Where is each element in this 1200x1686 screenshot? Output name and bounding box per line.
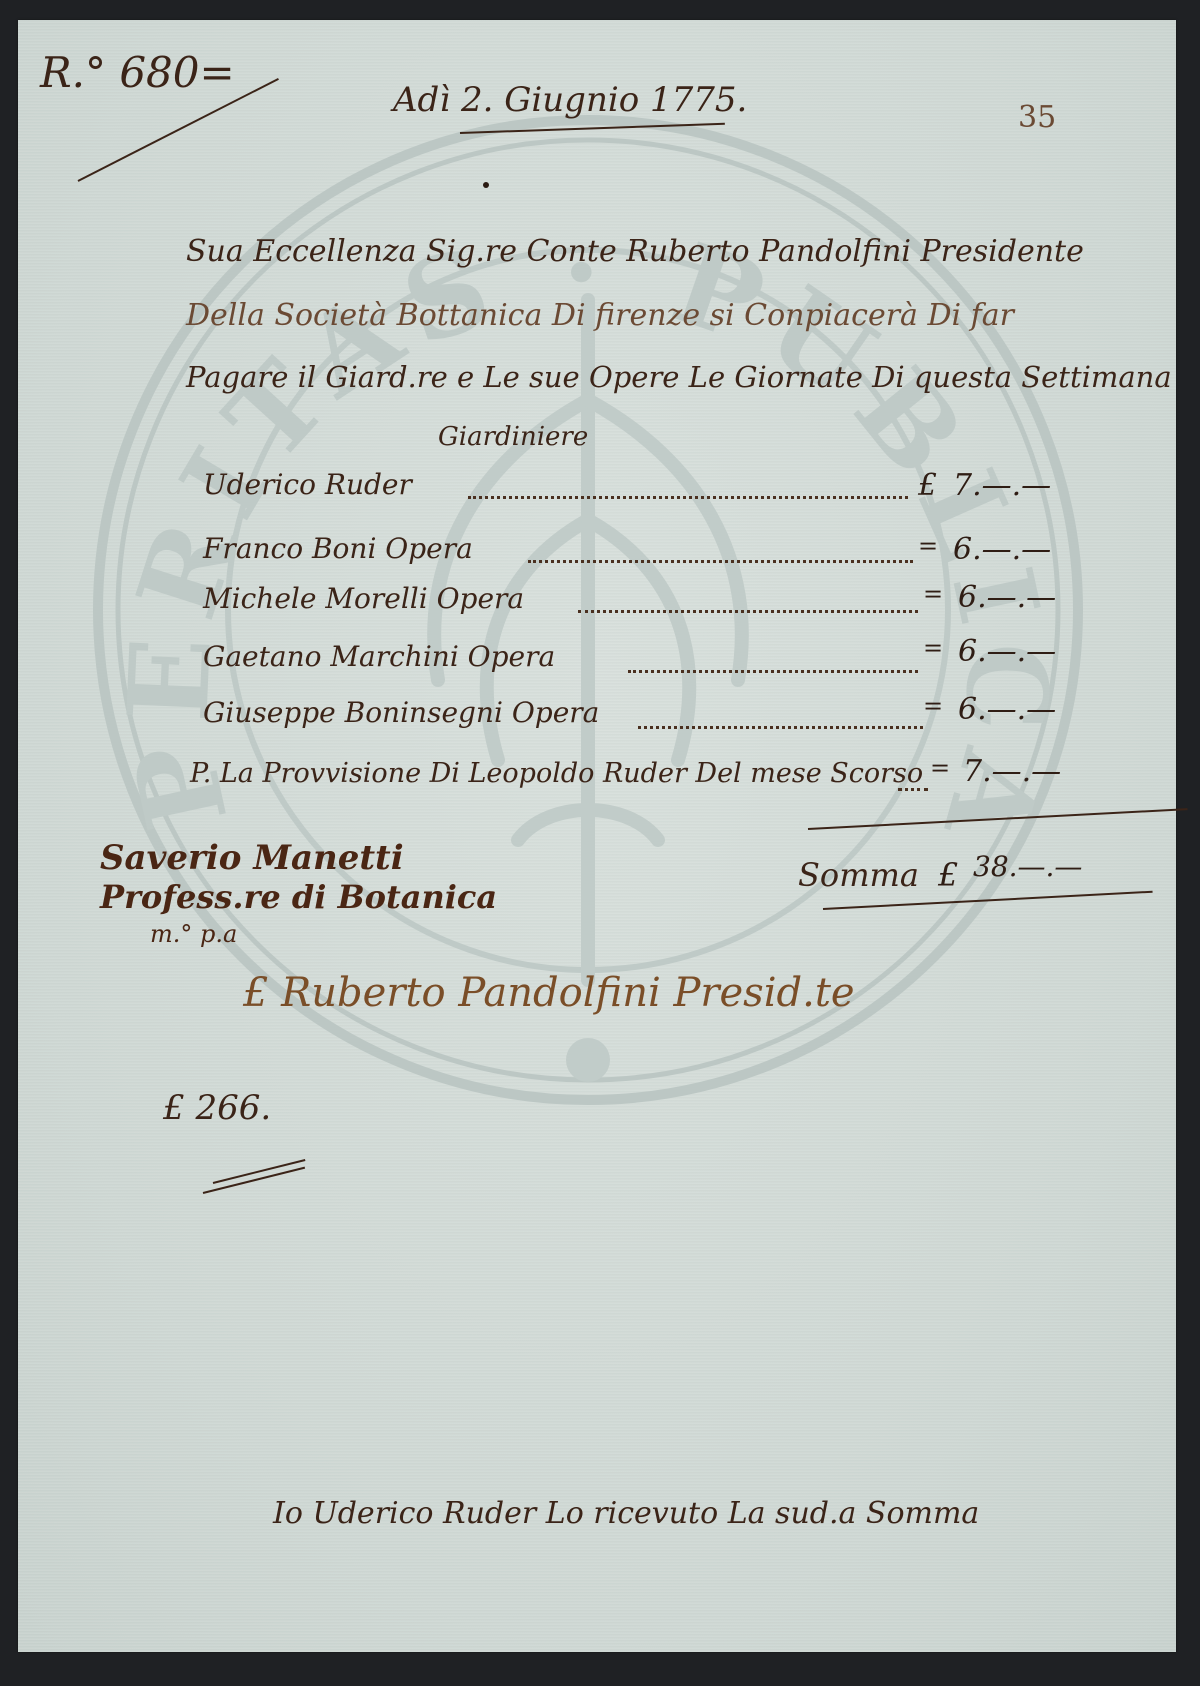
ink-dot (483, 182, 489, 188)
entry-amount: 7.—.— (953, 468, 1051, 503)
signature-pandolfini: £ Ruberto Pandolfini Presid.te (243, 970, 855, 1016)
entry-amount: 6.—.— (953, 532, 1051, 567)
entry-name: Uderico Ruder (203, 468, 412, 501)
entry-currency: = (930, 754, 950, 782)
receipt-line: Io Uderico Ruder Lo ricevuto La sud.a So… (273, 1496, 979, 1531)
entry-name: P. La Provvisione Di Leopoldo Ruder Del … (190, 758, 923, 789)
entry-amount: 6.—.— (958, 634, 1056, 669)
entry-currency: = (923, 580, 943, 608)
body-line-3: Pagare il Giard.re e Le sue Opere Le Gio… (186, 360, 1172, 394)
entry-name: Giuseppe Boninsegni Opera (203, 696, 599, 729)
leader-dots (528, 560, 913, 563)
entry-currency: £ (918, 468, 937, 503)
entry-name: Franco Boni Opera (203, 532, 473, 565)
entry-currency: = (923, 692, 943, 720)
leader-dots (468, 496, 908, 499)
entry-name: Michele Morelli Opera (203, 582, 524, 615)
section-heading: Giardiniere (438, 422, 588, 452)
body-line-1: Sua Eccellenza Sig.re Conte Ruberto Pand… (186, 234, 1084, 269)
entry-amount: 6.—.— (958, 692, 1056, 727)
entry-amount: 6.—.— (958, 580, 1056, 615)
signature-manetti-name: Saverio Manetti (100, 838, 404, 878)
page-number: 35 (1018, 100, 1056, 135)
bottom-amount-note: £ 266. (163, 1088, 271, 1128)
leader-dots (898, 788, 928, 791)
leader-dots (578, 610, 918, 613)
corner-reference-note: R.° 680= (40, 48, 235, 97)
total-label: Somma (798, 856, 919, 894)
body-line-2: Della Società Bottanica Di firenze si Co… (186, 298, 1014, 333)
total-currency: £ (938, 856, 958, 894)
signature-manetti-note: m.° p.a (150, 920, 237, 948)
total-amount: 38.—.— (973, 850, 1082, 883)
entry-name: Gaetano Marchini Opera (203, 640, 555, 673)
entry-currency: = (923, 634, 943, 662)
signature-manetti-title: Profess.re di Botanica (100, 878, 497, 916)
date-line: Adì 2. Giugnio 1775. (393, 80, 747, 120)
manuscript-page: PERITAS · PUBLICA · AC R.° 680= Adì 2. G… (18, 20, 1176, 1652)
leader-dots (628, 670, 918, 673)
entry-amount: 7.—.— (963, 754, 1061, 789)
entry-currency: = (918, 532, 938, 560)
leader-dots (638, 726, 923, 729)
